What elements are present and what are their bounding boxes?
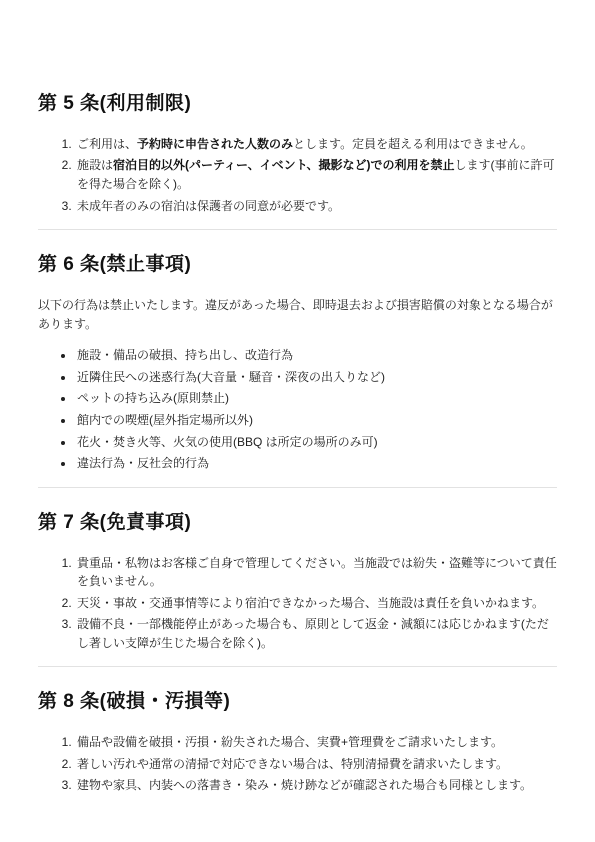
article-heading: 第 6 条(禁止事項) [38,254,557,277]
emphasis-text: 宿泊目的以外(パーティー、イベント、撮影など)での利用を禁止 [113,158,454,172]
section-divider [38,487,557,488]
list-item: 施設・備品の破損、持ち出し、改造行為 [75,346,557,365]
document-content: 第 5 条(利用制限)ご利用は、予約時に申告された人数のみとします。定員を超える… [38,93,557,795]
article-heading: 第 5 条(利用制限) [38,93,557,116]
numbered-list: 備品や設備を破損・汚損・紛失された場合、実費+管理費をご請求いたします。著しい汚… [38,733,557,795]
section-divider [38,229,557,230]
plain-text: 施設は [77,158,113,172]
bullet-list: 施設・備品の破損、持ち出し、改造行為近隣住民への迷惑行為(大音量・騒音・深夜の出… [38,346,557,473]
plain-text: 違法行為・反社会的行為 [77,456,209,470]
list-item: ペットの持ち込み(原則禁止) [75,389,557,408]
plain-text: 近隣住民への迷惑行為(大音量・騒音・深夜の出入りなど) [77,370,385,384]
list-item: 設備不良・一部機能停止があった場合も、原則として返金・減額には応じかねます(ただ… [75,615,557,652]
list-item: 天災・事故・交通事情等により宿泊できなかった場合、当施設は責任を負いかねます。 [75,594,557,613]
list-item: 違法行為・反社会的行為 [75,454,557,473]
article-heading: 第 8 条(破損・汚損等) [38,691,557,714]
plain-text: 貴重品・私物はお客様ご自身で管理してください。当施設では紛失・盗難等について責任… [77,556,557,589]
plain-text: 施設・備品の破損、持ち出し、改造行為 [77,348,293,362]
plain-text: ご利用は、 [77,137,137,151]
list-item: 建物や家具、内装への落書き・染み・焼け跡などが確認された場合も同様とします。 [75,776,557,795]
plain-text: 館内での喫煙(屋外指定場所以外) [77,413,253,427]
list-item: 備品や設備を破損・汚損・紛失された場合、実費+管理費をご請求いたします。 [75,733,557,752]
list-item: 花火・焚き火等、火気の使用(BBQ は所定の場所のみ可) [75,433,557,452]
section-divider [38,666,557,667]
plain-text: 花火・焚き火等、火気の使用(BBQ は所定の場所のみ可) [77,435,378,449]
plain-text: 未成年者のみの宿泊は保護者の同意が必要です。 [77,199,340,213]
plain-text: とします。定員を超える利用はできません。 [293,137,533,151]
plain-text: 著しい汚れや通常の清掃で対応できない場合は、特別清掃費を請求いたします。 [77,757,508,771]
emphasis-text: 予約時に申告された人数のみ [137,137,293,151]
list-item: 未成年者のみの宿泊は保護者の同意が必要です。 [75,197,557,216]
document-page: 第 5 条(利用制限)ご利用は、予約時に申告された人数のみとします。定員を超える… [0,0,595,842]
list-item: 著しい汚れや通常の清掃で対応できない場合は、特別清掃費を請求いたします。 [75,755,557,774]
plain-text: 備品や設備を破損・汚損・紛失された場合、実費+管理費をご請求いたします。 [77,735,503,749]
article-heading: 第 7 条(免責事項) [38,512,557,535]
plain-text: 天災・事故・交通事情等により宿泊できなかった場合、当施設は責任を負いかねます。 [77,596,544,610]
numbered-list: 貴重品・私物はお客様ご自身で管理してください。当施設では紛失・盗難等について責任… [38,554,557,653]
plain-text: ペットの持ち込み(原則禁止) [77,391,229,405]
plain-text: 建物や家具、内装への落書き・染み・焼け跡などが確認された場合も同様とします。 [77,778,532,792]
numbered-list: ご利用は、予約時に申告された人数のみとします。定員を超える利用はできません。施設… [38,135,557,215]
plain-text: 設備不良・一部機能停止があった場合も、原則として返金・減額には応じかねます(ただ… [77,617,549,650]
list-item: ご利用は、予約時に申告された人数のみとします。定員を超える利用はできません。 [75,135,557,154]
article-intro: 以下の行為は禁止いたします。違反があった場合、即時退去および損害賠償の対象となる… [38,296,557,333]
list-item: 近隣住民への迷惑行為(大音量・騒音・深夜の出入りなど) [75,368,557,387]
list-item: 貴重品・私物はお客様ご自身で管理してください。当施設では紛失・盗難等について責任… [75,554,557,591]
list-item: 施設は宿泊目的以外(パーティー、イベント、撮影など)での利用を禁止します(事前に… [75,156,557,193]
list-item: 館内での喫煙(屋外指定場所以外) [75,411,557,430]
